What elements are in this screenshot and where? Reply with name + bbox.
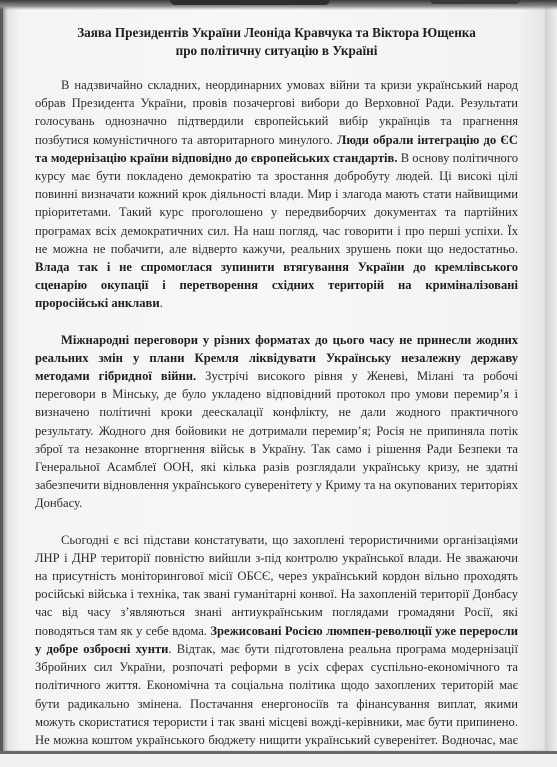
scan-binder-clip (170, 0, 330, 5)
document-body: Заява Президентів України Леоніда Кравчу… (35, 24, 518, 767)
paragraph-3: Сьогодні є всі підстави констатувати, що… (35, 531, 518, 767)
paragraph-1-end: . (160, 296, 163, 310)
title-line-1: Заява Президентів України Леоніда Кравчу… (35, 24, 518, 42)
paragraph-1-bold-2: Влада так і не спромоглася зупинити втяг… (35, 260, 518, 310)
paragraph-1-text-2: В основу політичного курсу має бути покл… (35, 151, 518, 256)
paragraph-2: Міжнародні переговори у різних форматах … (35, 331, 518, 513)
scan-binder-clip-right (430, 0, 520, 4)
paragraph-3-text: Сьогодні є всі підстави констатувати, що… (35, 533, 518, 638)
paragraph-2-text: Зустрічі високого рівня у Женеві, Мілані… (35, 369, 518, 510)
document-title: Заява Президентів України Леоніда Кравчу… (35, 24, 518, 60)
page-right-edge (545, 0, 557, 752)
title-line-2: про політичну ситуацію в Україні (35, 42, 518, 60)
scanned-page: Заява Президентів України Леоніда Кравчу… (3, 0, 545, 752)
next-page-edge (0, 754, 557, 767)
paragraph-3-text-2: . Відтак, має бути підготовлена реальна … (35, 642, 518, 765)
paragraph-1: В надзвичайно складних, неординарних умо… (35, 76, 518, 313)
